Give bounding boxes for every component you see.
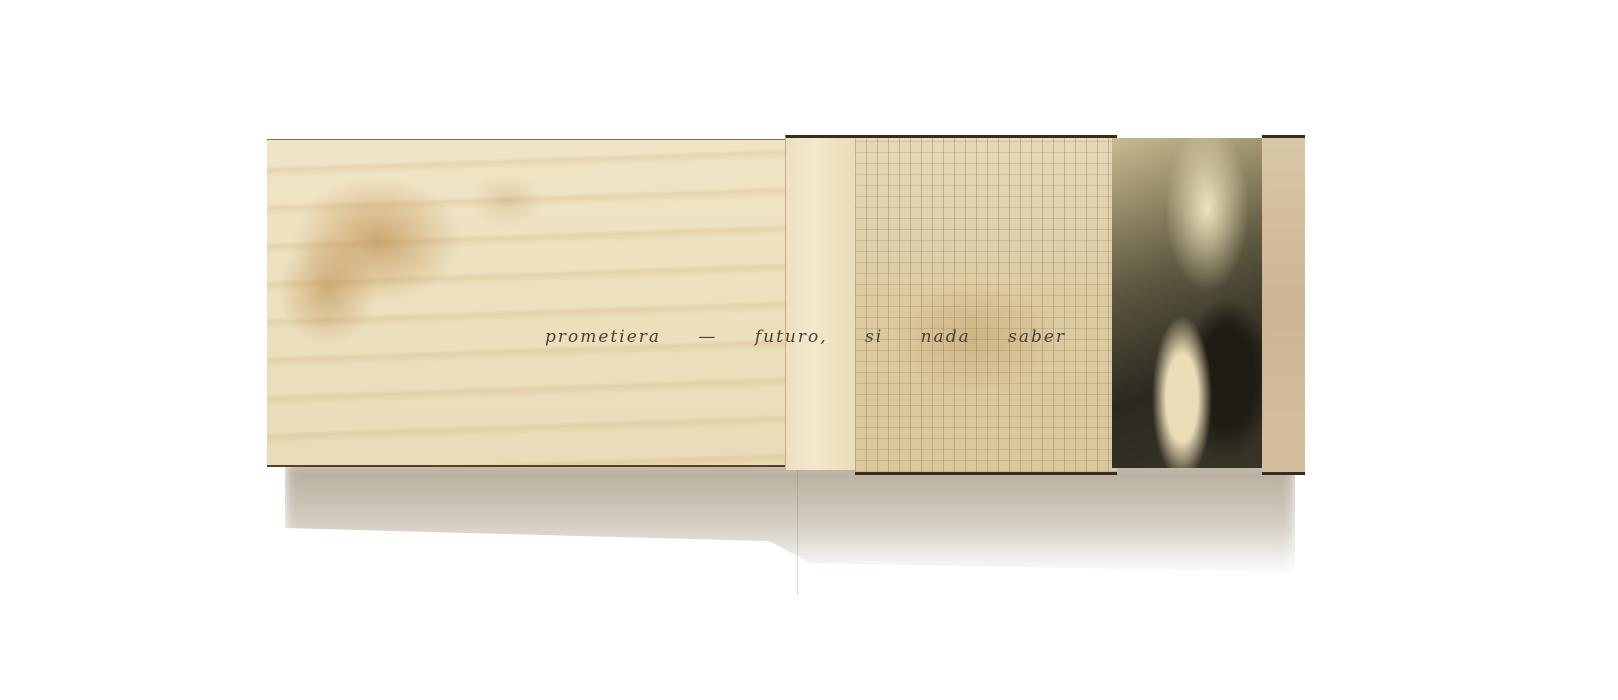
book-shadow xyxy=(285,462,1295,572)
endpaper-strip xyxy=(1262,135,1305,475)
backdrop-fold xyxy=(797,465,798,595)
handwritten-text: prometiera — futuro, si nada saber xyxy=(545,327,1096,347)
word: — xyxy=(698,327,717,347)
word: prometiera xyxy=(545,327,661,347)
left-page-stained xyxy=(267,139,797,467)
graph-paper-collage xyxy=(855,135,1117,475)
word: nada xyxy=(921,327,971,347)
word: futuro, xyxy=(755,327,828,347)
book-gutter xyxy=(785,135,857,470)
artist-book: prometiera — futuro, si nada saber xyxy=(267,135,1305,470)
word: saber xyxy=(1008,327,1066,347)
photograph-scene: prometiera — futuro, si nada saber xyxy=(0,0,1618,700)
bw-photograph xyxy=(1112,138,1262,468)
word: si xyxy=(865,327,883,347)
